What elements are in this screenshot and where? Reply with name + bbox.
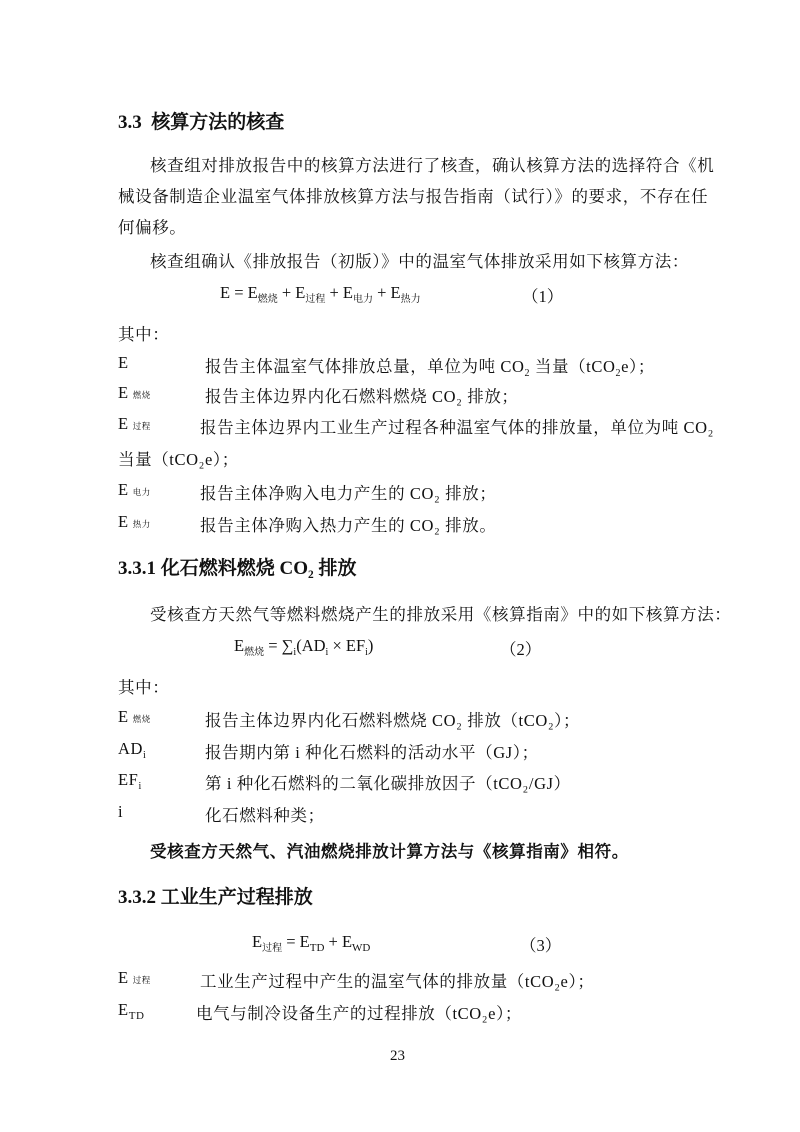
eq-term: × EF xyxy=(328,636,365,655)
def-text: 当量（tCO xyxy=(530,357,615,376)
definition-text: 报告主体净购入电力产生的 CO₂ 排放； xyxy=(200,480,496,504)
definition-text: 第 i 种化石燃料的二氧化碳排放因子（tCO₂/GJ） xyxy=(205,770,571,794)
symbol-subscript: i xyxy=(138,781,141,792)
eq-term: E = E xyxy=(220,283,258,302)
definition-text: 化石燃料种类； xyxy=(205,802,325,826)
definition-symbol: E过程 xyxy=(118,414,151,434)
eq-term: + E xyxy=(325,283,353,302)
symbol: E xyxy=(118,414,129,433)
eq-subscript: 燃烧 xyxy=(258,294,278,305)
symbol-subscript: 热力 xyxy=(133,519,151,529)
eq-term: ) xyxy=(368,636,374,655)
symbol: i xyxy=(118,802,123,821)
where-label: 其中： xyxy=(118,321,169,345)
definition-symbol: E过程 xyxy=(118,968,151,988)
symbol: E xyxy=(118,353,129,372)
symbol: E xyxy=(118,1000,129,1019)
equation-number: （1） xyxy=(522,283,563,307)
def-text: 报告主体温室气体排放总量，单位为吨 CO xyxy=(205,357,525,376)
eq-term: E xyxy=(252,932,262,951)
symbol-subscript: i xyxy=(143,750,146,761)
page-number: 23 xyxy=(390,1048,405,1065)
symbol: E xyxy=(118,512,129,531)
subsection-number: 3.3.1 xyxy=(118,558,156,579)
symbol: E xyxy=(118,480,129,499)
section-number: 3.3 xyxy=(118,112,142,133)
eq-term: E xyxy=(234,636,244,655)
definition-text: 报告主体边界内化石燃料燃烧 CO₂ 排放（tCO₂）； xyxy=(205,707,580,731)
eq-subscript: WD xyxy=(352,942,370,954)
definition-symbol: E热力 xyxy=(118,512,151,532)
definition-text: 报告主体净购入热力产生的 CO₂ 排放。 xyxy=(200,512,496,536)
paragraph-line: 核查组对排放报告中的核算方法进行了核查，确认核算方法的选择符合《机 xyxy=(150,152,714,176)
eq-subscript: 热力 xyxy=(401,294,421,305)
definition-text: 报告主体边界内化石燃料燃烧 CO₂ 排放； xyxy=(205,383,519,407)
symbol-subscript: 燃烧 xyxy=(133,390,151,400)
subsection-title: 工业生产过程排放 xyxy=(161,887,313,908)
eq-term: = E xyxy=(282,932,310,951)
eq-term: = ∑ xyxy=(264,636,293,655)
definition-symbol: i xyxy=(118,802,123,822)
eq-subscript: 燃烧 xyxy=(244,647,264,658)
eq-subscript: 电力 xyxy=(353,294,373,305)
definition-text: 报告主体边界内工业生产过程各种温室气体的排放量，单位为吨 CO₂ xyxy=(200,414,714,438)
definition-symbol: E xyxy=(118,353,129,373)
symbol: AD xyxy=(118,739,143,758)
symbol-subscript: 电力 xyxy=(133,487,151,497)
section-title: 核算方法的核查 xyxy=(151,112,284,133)
equation-number: （3） xyxy=(520,932,561,956)
equation-1: E = E燃烧 + E过程 + E电力 + E热力 xyxy=(220,283,421,305)
definition-text: 电气与制冷设备生产的过程排放（tCO₂e）； xyxy=(196,1000,522,1024)
symbol: EF xyxy=(118,770,138,789)
definition-symbol: E电力 xyxy=(118,480,151,500)
definition-symbol: EFi xyxy=(118,770,142,792)
eq-subscript: 过程 xyxy=(305,294,325,305)
eq-term: + E xyxy=(278,283,306,302)
definition-text: 报告期内第 i 种化石燃料的活动水平（GJ）； xyxy=(205,739,539,763)
symbol: E xyxy=(118,707,129,726)
eq-term: (AD xyxy=(296,636,325,655)
definition-symbol: ETD xyxy=(118,1000,145,1022)
symbol: E xyxy=(118,968,129,987)
definition-symbol: E燃烧 xyxy=(118,383,151,403)
eq-subscript: 过程 xyxy=(262,943,282,954)
subsection-title: 化石燃料燃烧 CO₂ 排放 xyxy=(161,558,357,579)
definition-symbol: ADi xyxy=(118,739,146,761)
equation-2: E燃烧 = ∑i(ADi × EFi) xyxy=(234,636,373,658)
eq-subscript: TD xyxy=(310,942,325,954)
where-label: 其中： xyxy=(118,674,169,698)
subsection-heading: 3.3.1 化石燃料燃烧 CO₂ 排放 xyxy=(118,553,356,580)
eq-term: + E xyxy=(324,932,352,951)
paragraph: 受核查方天然气等燃料燃烧产生的排放采用《核算指南》中的如下核算方法： xyxy=(150,601,731,625)
symbol-subscript: 过程 xyxy=(133,975,151,985)
definition-text-cont: 当量（tCO₂e）； xyxy=(118,446,239,470)
definition-symbol: E燃烧 xyxy=(118,707,151,727)
paragraph-line: 何偏移。 xyxy=(118,214,186,238)
conclusion: 受核查方天然气、汽油燃烧排放计算方法与《核算指南》相符。 xyxy=(150,838,629,862)
symbol-subscript: 燃烧 xyxy=(133,714,151,724)
symbol: E xyxy=(118,383,129,402)
equation-number: （2） xyxy=(500,636,541,660)
definition-text: 报告主体温室气体排放总量，单位为吨 CO2 当量（tCO2e）； xyxy=(205,353,655,379)
symbol-subscript: TD xyxy=(129,1010,145,1022)
subsection-heading: 3.3.2 工业生产过程排放 xyxy=(118,882,313,909)
equation-3: E过程 = ETD + EWD xyxy=(252,932,370,954)
symbol-subscript: 过程 xyxy=(133,421,151,431)
eq-term: + E xyxy=(373,283,401,302)
section-heading: 3.3 核算方法的核查 xyxy=(118,107,284,134)
subsection-number: 3.3.2 xyxy=(118,887,156,908)
definition-text: 工业生产过程中产生的温室气体的排放量（tCO₂e）； xyxy=(200,968,594,992)
paragraph-line: 械设备制造企业温室气体排放核算方法与报告指南（试行）》的要求，不存在任 xyxy=(118,183,708,207)
def-text: e）； xyxy=(621,357,655,376)
paragraph: 核查组确认《排放报告（初版）》中的温室气体排放采用如下核算方法： xyxy=(150,248,689,272)
